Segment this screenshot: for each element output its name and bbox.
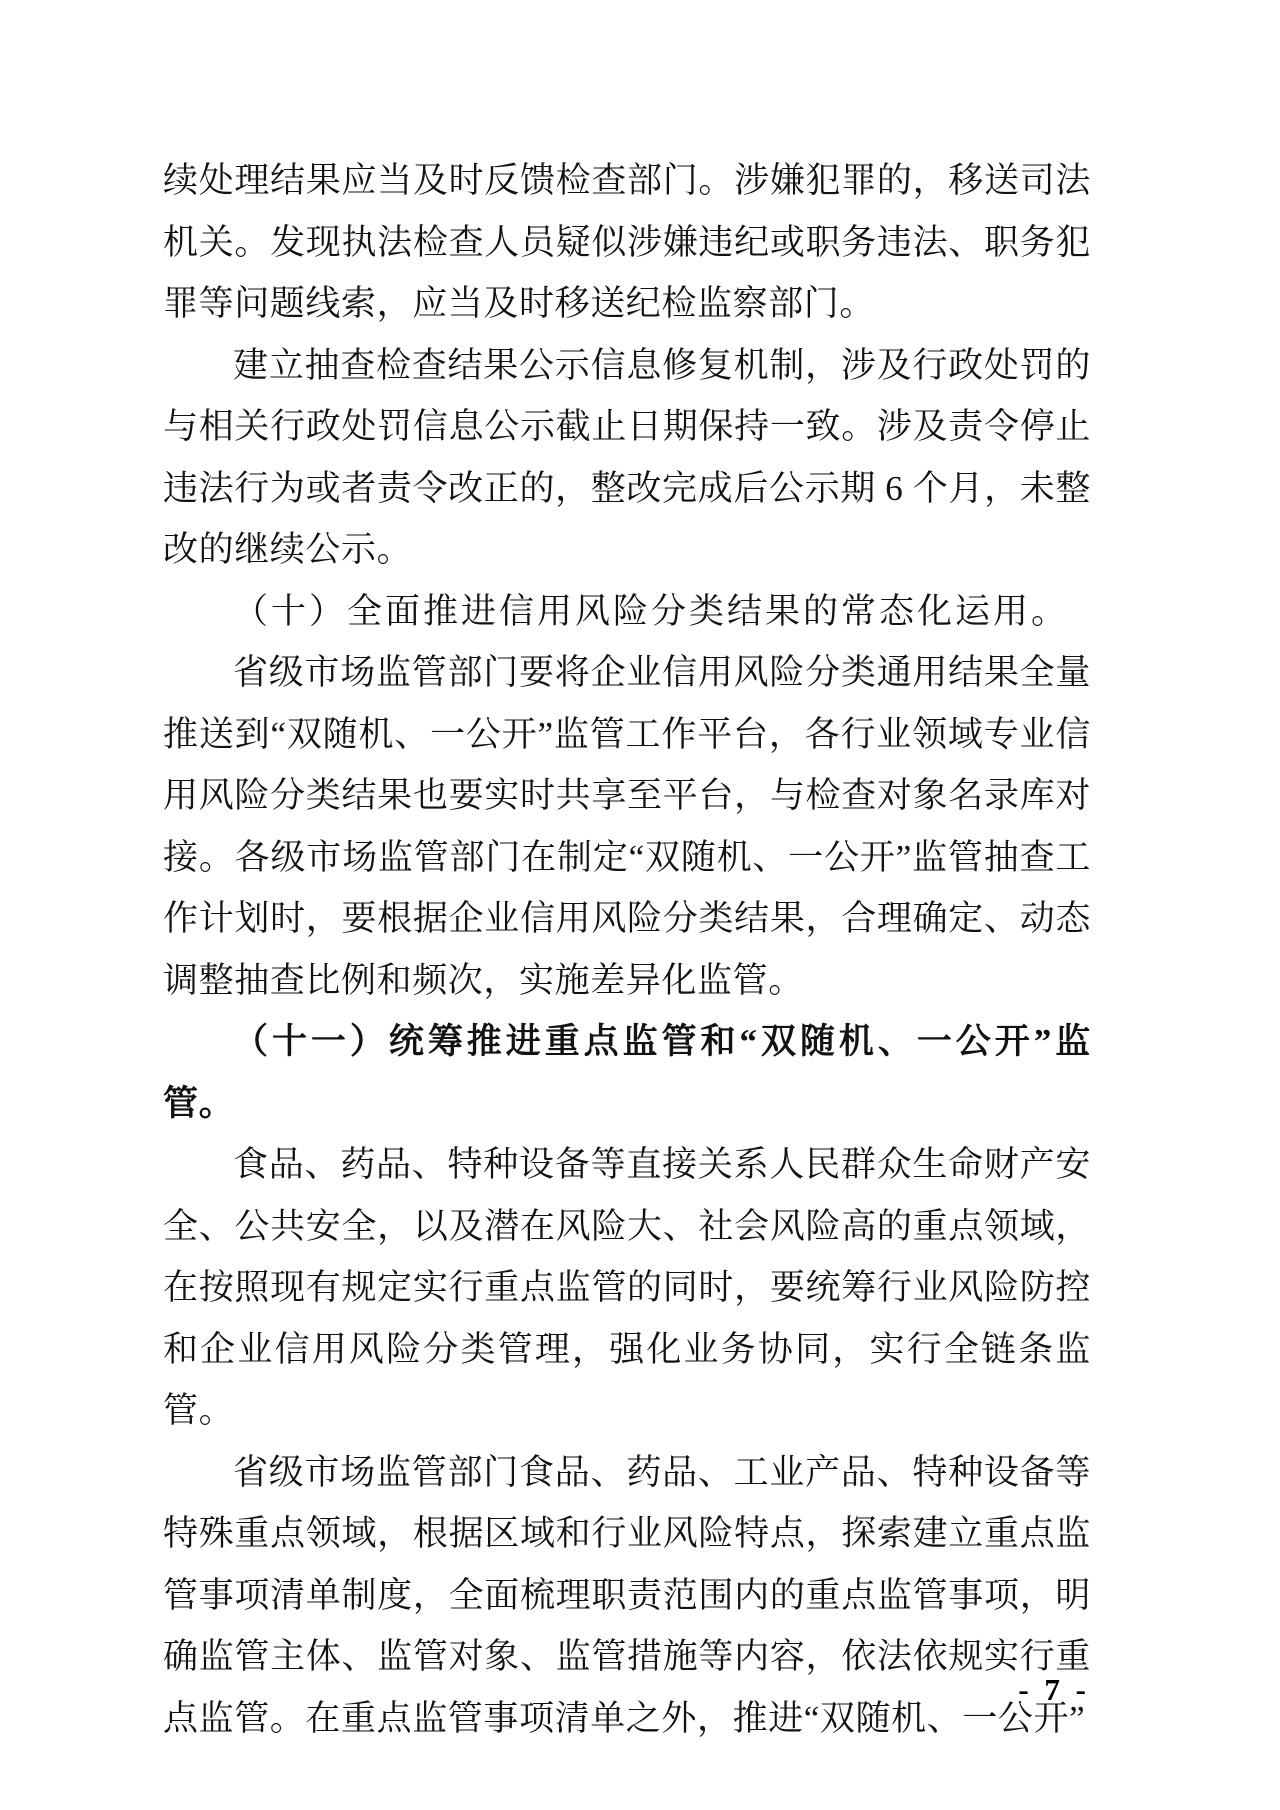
paragraph-repair-mechanism: 建立抽查检查结果公示信息修复机制，涉及行政处罚的与相关行政处罚信息公示截止日期保…	[163, 335, 1091, 581]
paragraph-credit-risk-usage: 省级市场监管部门要将企业信用风险分类通用结果全量推送到“双随机、一公开”监管工作…	[163, 642, 1091, 1011]
paragraph-key-supervision-list: 省级市场监管部门食品、药品、工业产品、特种设备等特殊重点领域，根据区域和行业风险…	[163, 1442, 1091, 1750]
page-number: - 7 -	[1018, 1672, 1090, 1708]
section-heading-10: （十）全面推进信用风险分类结果的常态化运用。	[163, 581, 1091, 643]
document-text-block: 续处理结果应当及时反馈检查部门。涉嫌犯罪的，移送司法机关。发现执法检查人员疑似涉…	[163, 150, 1091, 1749]
paragraph-continuation: 续处理结果应当及时反馈检查部门。涉嫌犯罪的，移送司法机关。发现执法检查人员疑似涉…	[163, 150, 1091, 335]
section-heading-11: （十一）统筹推进重点监管和“双随机、一公开”监管。	[163, 1011, 1091, 1134]
document-page: 续处理结果应当及时反馈检查部门。涉嫌犯罪的，移送司法机关。发现执法检查人员疑似涉…	[0, 0, 1280, 1810]
paragraph-key-areas: 食品、药品、特种设备等直接关系人民群众生命财产安全、公共安全，以及潜在风险大、社…	[163, 1134, 1091, 1442]
